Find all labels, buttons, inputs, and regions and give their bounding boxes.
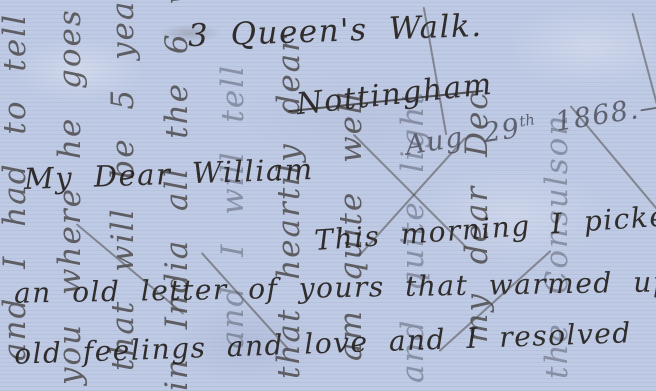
salutation: My Dear William [24,155,315,194]
letter-page: and I had to tell you where he goes that… [0,0,656,391]
cross-writing-line: and I will tell [218,64,249,349]
body-line: old feelings and love and I resolved [14,319,632,369]
body-line: an old letter of yours that warmed up [14,268,656,307]
city-line: Nottingham [295,70,494,120]
address-line: 3 Queen's Walk. [188,11,484,52]
cross-writing-line: you where he goes [55,8,86,385]
